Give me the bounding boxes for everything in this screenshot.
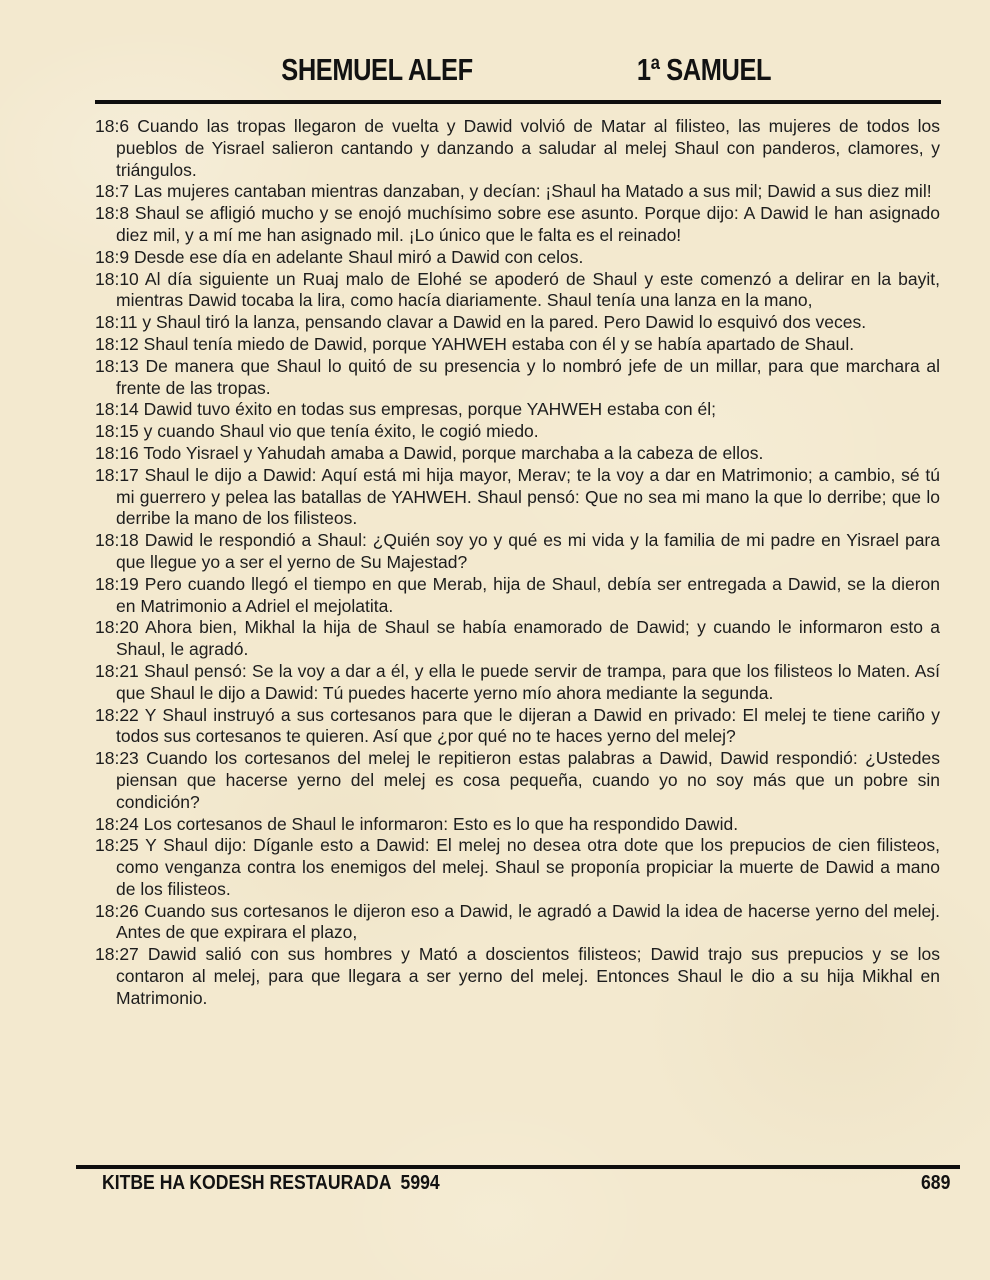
verse-ref: 18:8 bbox=[95, 203, 129, 223]
verse-ref: 18:18 bbox=[95, 530, 139, 550]
verse-ref: 18:13 bbox=[95, 356, 139, 376]
verse-ref: 18:16 bbox=[95, 443, 139, 463]
verse-text: Las mujeres cantaban mientras danzaban, … bbox=[134, 181, 932, 201]
page-number: 689 bbox=[921, 1172, 950, 1195]
verse: 18:6 Cuando las tropas llegaron de vuelt… bbox=[95, 116, 940, 181]
verse: 18:23 Cuando los cortesanos del melej le… bbox=[95, 748, 940, 813]
verse-ref: 18:6 bbox=[95, 116, 129, 136]
header-rule bbox=[95, 100, 941, 104]
verse-text: Y Shaul instruyó a sus cortesanos para q… bbox=[116, 705, 940, 747]
verse-ref: 18:27 bbox=[95, 944, 139, 964]
header-title-transliterated: SHEMUEL ALEF bbox=[246, 52, 508, 88]
verse: 18:26 Cuando sus cortesanos le dijeron e… bbox=[95, 901, 940, 945]
verse-ref: 18:26 bbox=[95, 901, 139, 921]
verse-text: Shaul pensó: Se la voy a dar a él, y ell… bbox=[116, 661, 940, 703]
verse-text: Desde ese día en adelante Shaul miró a D… bbox=[134, 247, 583, 267]
verse: 18:10 Al día siguiente un Ruaj malo de E… bbox=[95, 269, 940, 313]
verse-text: Pero cuando llegó el tiempo en que Merab… bbox=[116, 574, 940, 616]
verse: 18:13 De manera que Shaul lo quitó de su… bbox=[95, 356, 940, 400]
verse-text: Shaul se afligió mucho y se enojó muchís… bbox=[116, 203, 940, 245]
verse-ref: 18:21 bbox=[95, 661, 139, 681]
verse-ref: 18:9 bbox=[95, 247, 129, 267]
verse: 18:11 y Shaul tiró la lanza, pensando cl… bbox=[95, 312, 940, 334]
verse-ref: 18:22 bbox=[95, 705, 139, 725]
verse-text: Cuando sus cortesanos le dijeron eso a D… bbox=[116, 901, 940, 943]
verse: 18:16 Todo Yisrael y Yahudah amaba a Daw… bbox=[95, 443, 940, 465]
verse-ref: 18:14 bbox=[95, 399, 139, 419]
verse: 18:14 Dawid tuvo éxito en todas sus empr… bbox=[95, 399, 940, 421]
verse-ref: 18:24 bbox=[95, 814, 139, 834]
footer-edition-label: KITBE HA KODESH RESTAURADA 5994 bbox=[102, 1172, 440, 1195]
verse-ref: 18:11 bbox=[95, 312, 138, 332]
verse-ref: 18:7 bbox=[95, 181, 129, 201]
verse: 18:15 y cuando Shaul vio que tenía éxito… bbox=[95, 421, 940, 443]
verse: 18:7 Las mujeres cantaban mientras danza… bbox=[95, 181, 940, 203]
verse-ref: 18:19 bbox=[95, 574, 139, 594]
verse-text: Todo Yisrael y Yahudah amaba a Dawid, po… bbox=[143, 443, 763, 463]
verse: 18:19 Pero cuando llegó el tiempo en que… bbox=[95, 574, 940, 618]
verse: 18:24 Los cortesanos de Shaul le informa… bbox=[95, 814, 940, 836]
verse-text: Cuando las tropas llegaron de vuelta y D… bbox=[116, 116, 940, 180]
footer-rule bbox=[76, 1165, 960, 1169]
verse-ref: 18:15 bbox=[95, 421, 139, 441]
verse-text: Dawid salió con sus hombres y Mató a dos… bbox=[116, 944, 940, 1008]
verse-ref: 18:20 bbox=[95, 617, 139, 637]
verse-text: Ahora bien, Mikhal la hija de Shaul se h… bbox=[116, 617, 940, 659]
header-title-spanish: 1ª SAMUEL bbox=[573, 52, 835, 88]
verse: 18:25 Y Shaul dijo: Díganle esto a Dawid… bbox=[95, 835, 940, 900]
verse: 18:27 Dawid salió con sus hombres y Mató… bbox=[95, 944, 940, 1009]
verse: 18:8 Shaul se afligió mucho y se enojó m… bbox=[95, 203, 940, 247]
verse: 18:21 Shaul pensó: Se la voy a dar a él,… bbox=[95, 661, 940, 705]
verse: 18:17 Shaul le dijo a Dawid: Aquí está m… bbox=[95, 465, 940, 530]
verse-text: Y Shaul dijo: Díganle esto a Dawid: El m… bbox=[116, 835, 940, 899]
document-page: SHEMUEL ALEF 1ª SAMUEL 18:6 Cuando las t… bbox=[0, 0, 990, 1280]
verse: 18:12 Shaul tenía miedo de Dawid, porque… bbox=[95, 334, 940, 356]
verse-ref: 18:25 bbox=[95, 835, 139, 855]
verse-ref: 18:17 bbox=[95, 465, 139, 485]
verse-ref: 18:23 bbox=[95, 748, 139, 768]
verse-text: y cuando Shaul vio que tenía éxito, le c… bbox=[144, 421, 539, 441]
verse-text: Al día siguiente un Ruaj malo de Elohé s… bbox=[116, 269, 940, 311]
verse-body: 18:6 Cuando las tropas llegaron de vuelt… bbox=[95, 116, 940, 1010]
verse-ref: 18:10 bbox=[95, 269, 139, 289]
verse-text: De manera que Shaul lo quitó de su prese… bbox=[116, 356, 940, 398]
verse-text: y Shaul tiró la lanza, pensando clavar a… bbox=[142, 312, 866, 332]
verse-text: Cuando los cortesanos del melej le repit… bbox=[116, 748, 940, 812]
verse: 18:20 Ahora bien, Mikhal la hija de Shau… bbox=[95, 617, 940, 661]
verse-text: Shaul tenía miedo de Dawid, porque YAHWE… bbox=[144, 334, 855, 354]
verse-ref: 18:12 bbox=[95, 334, 139, 354]
verse: 18:9 Desde ese día en adelante Shaul mir… bbox=[95, 247, 940, 269]
verse: 18:18 Dawid le respondió a Shaul: ¿Quién… bbox=[95, 530, 940, 574]
verse-text: Dawid tuvo éxito en todas sus empresas, … bbox=[144, 399, 716, 419]
verse-text: Dawid le respondió a Shaul: ¿Quién soy y… bbox=[116, 530, 940, 572]
verse: 18:22 Y Shaul instruyó a sus cortesanos … bbox=[95, 705, 940, 749]
verse-text: Los cortesanos de Shaul le informaron: E… bbox=[144, 814, 738, 834]
verse-text: Shaul le dijo a Dawid: Aquí está mi hija… bbox=[116, 465, 940, 529]
